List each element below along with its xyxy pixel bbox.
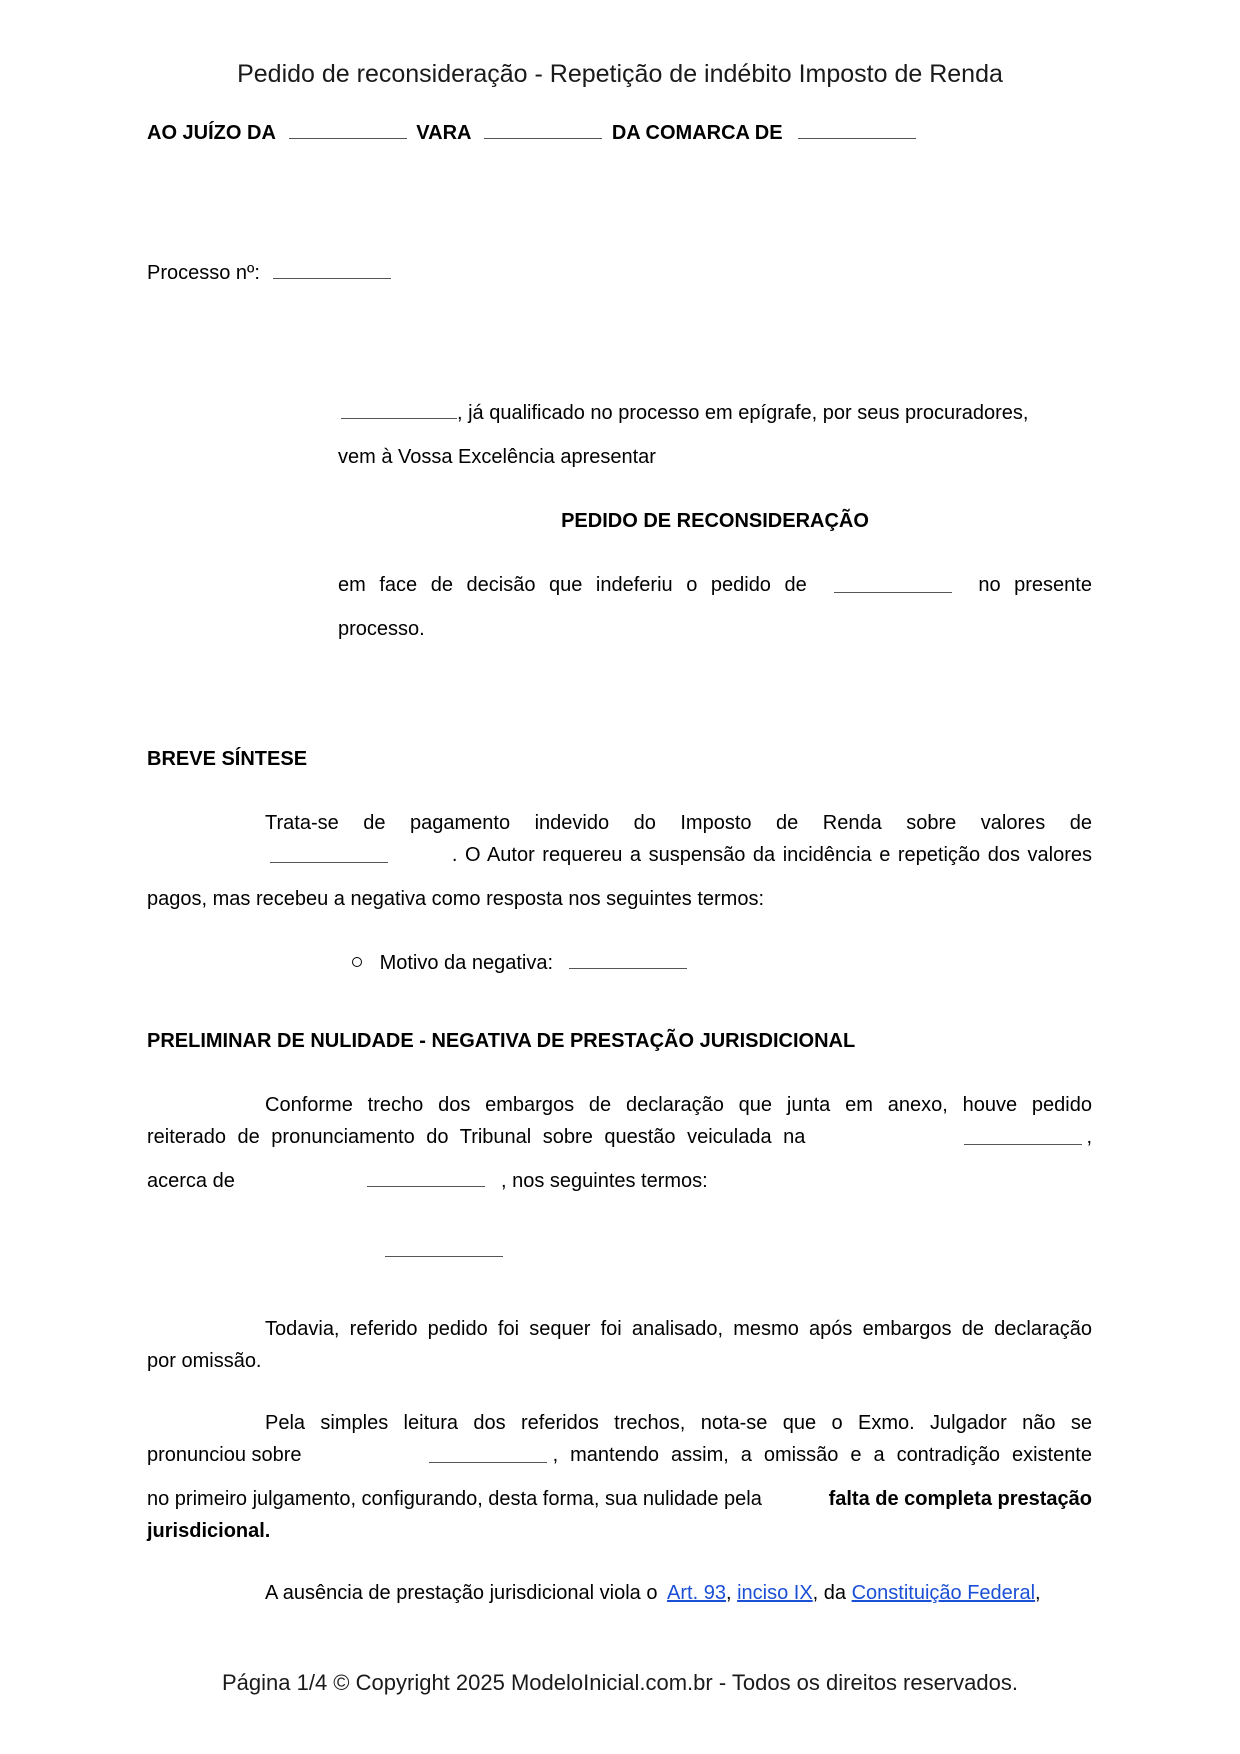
section2-p1-line-2: reiterado de pronunciamento do Tribunal …	[147, 1126, 1092, 1149]
section2-p4-line-1: A ausência de prestação jurisdicional vi…	[265, 1582, 1041, 1605]
intro-line-3: em face de decisão que indeferiu o pedid…	[338, 574, 1092, 597]
quote-placeholder-line	[385, 1240, 503, 1263]
addressing-line: AO JUÍZO DA VARA DA COMARCA DE	[147, 122, 916, 145]
blank-field-questao[interactable]	[964, 1143, 1082, 1145]
page-footer: Página 1/4 © Copyright 2025 ModeloInicia…	[0, 1670, 1240, 1696]
section1-paragraph-line-3: pagos, mas recebeu a negativa como respo…	[147, 888, 764, 911]
blank-field-acerca[interactable]	[367, 1185, 485, 1187]
section2-p3-line-1: Pela simples leitura dos referidos trech…	[265, 1412, 1092, 1435]
section2-p1-line-2-text: reiterado de pronunciamento do Tribunal …	[147, 1126, 805, 1149]
blank-field-vara-name[interactable]	[484, 137, 602, 139]
process-label: Processo nº:	[147, 262, 260, 284]
section1-line-2-text: . O Autor requereu a suspensão da incidê…	[452, 844, 1092, 867]
blank-field-process-number[interactable]	[273, 277, 391, 279]
section2-p3-line-2a: pronunciou sobre	[147, 1444, 302, 1467]
section2-p1-line-3b: , nos seguintes termos:	[501, 1170, 708, 1192]
section2-p3-line-1-text: Pela simples leitura dos referidos trech…	[265, 1412, 1092, 1435]
link-constituicao-federal[interactable]: Constituição Federal	[852, 1582, 1035, 1604]
petition-title: PEDIDO DE RECONSIDERAÇÃO	[0, 510, 1240, 533]
blank-field-pedido[interactable]	[834, 591, 952, 593]
section1-line-1-text: Trata-se de pagamento indevido do Impost…	[265, 812, 1092, 835]
bullet-label: Motivo da negativa:	[380, 952, 553, 974]
separator-2: , da	[813, 1582, 846, 1604]
blank-field-comarca[interactable]	[798, 137, 916, 139]
intro-line-1: , já qualificado no processo em epígrafe…	[338, 402, 1092, 425]
blank-field-quote[interactable]	[385, 1255, 503, 1257]
section2-p1-line-2-end: ,	[1086, 1126, 1092, 1149]
section2-p3-line-3: no primeiro julgamento, configurando, de…	[147, 1488, 1092, 1511]
section2-p3-line-2: pronunciou sobre , mantendo assim, a omi…	[147, 1444, 1092, 1467]
intro-line-3b: no presente	[978, 574, 1092, 597]
blank-field-vara-number[interactable]	[289, 137, 407, 139]
bullet-item-motivo: Motivo da negativa:	[352, 952, 687, 975]
section2-p3-line-3b-bold: falta de completa prestação	[829, 1488, 1092, 1511]
hollow-bullet-icon	[352, 957, 362, 967]
blank-field-motivo[interactable]	[569, 967, 687, 969]
intro-line-2: vem à Vossa Excelência apresentar	[338, 446, 656, 469]
addressing-part3: DA COMARCA DE	[612, 122, 783, 144]
section2-p1-line-1: Conforme trecho dos embargos de declaraç…	[265, 1094, 1092, 1117]
addressing-part2: VARA	[416, 122, 470, 144]
intro-line-1-text: , já qualificado no processo em epígrafe…	[457, 402, 1028, 424]
section2-p1-line-1-text: Conforme trecho dos embargos de declaraç…	[265, 1094, 1092, 1117]
section-heading-preliminar: PRELIMINAR DE NULIDADE - NEGATIVA DE PRE…	[147, 1030, 855, 1053]
section2-p2-line-2: por omissão.	[147, 1350, 262, 1373]
intro-line-3a: em face de decisão que indeferiu o pedid…	[338, 574, 807, 597]
section2-p1-line-3a: acerca de	[147, 1170, 235, 1192]
section2-p1-line-3: acerca de , nos seguintes termos:	[147, 1170, 708, 1193]
section2-p2-line-1-text: Todavia, referido pedido foi sequer foi …	[265, 1318, 1092, 1341]
document-header-title: Pedido de reconsideração - Repetição de …	[0, 60, 1240, 89]
addressing-part1: AO JUÍZO DA	[147, 122, 275, 144]
section-heading-breve-sintese: BREVE SÍNTESE	[147, 748, 307, 771]
section1-paragraph-line-1: Trata-se de pagamento indevido do Impost…	[265, 812, 1092, 835]
section2-p3-line-3a: no primeiro julgamento, configurando, de…	[147, 1488, 762, 1511]
section2-p2-line-1: Todavia, referido pedido foi sequer foi …	[265, 1318, 1092, 1341]
process-number-line: Processo nº:	[147, 262, 391, 285]
separator-3: ,	[1035, 1582, 1041, 1604]
section1-paragraph-line-2: . O Autor requereu a suspensão da incidê…	[270, 844, 1092, 867]
intro-line-4: processo.	[338, 618, 425, 641]
blank-field-pronunciou[interactable]	[429, 1461, 547, 1463]
blank-field-valores[interactable]	[270, 861, 388, 863]
section2-p4-text: A ausência de prestação jurisdicional vi…	[265, 1582, 657, 1604]
blank-field-party-name[interactable]	[341, 417, 457, 419]
link-art-93[interactable]: Art. 93	[667, 1582, 726, 1604]
section2-p3-line-2b: , mantendo assim, a omissão e a contradi…	[553, 1444, 1092, 1467]
section2-p3-line-4: jurisdicional.	[147, 1520, 270, 1543]
link-inciso-ix[interactable]: inciso IX	[737, 1582, 813, 1604]
separator-1: ,	[726, 1582, 732, 1604]
